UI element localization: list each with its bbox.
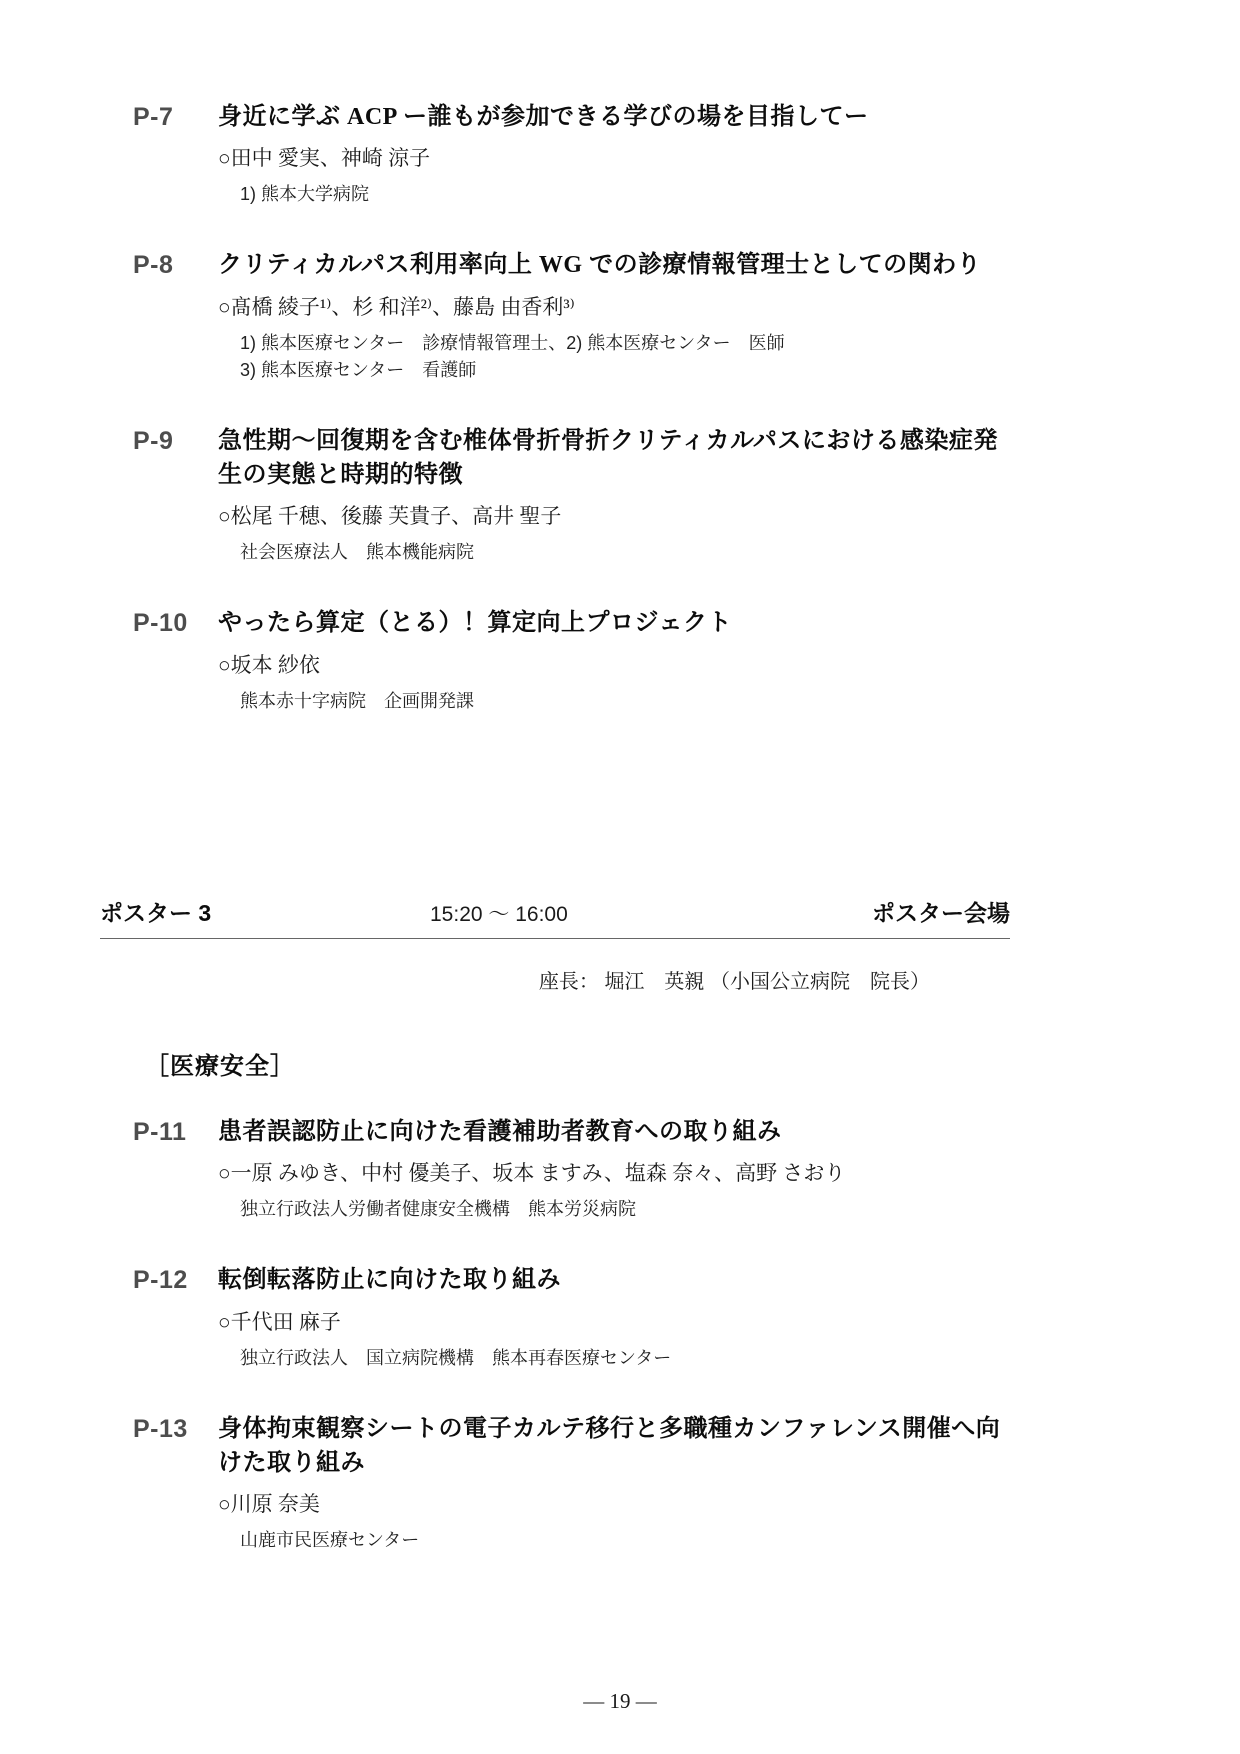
presentation-number: P-9: [133, 424, 218, 567]
category-label: ［医療安全］: [145, 1046, 1240, 1081]
presentation-body: クリティカルパス利用率向上 WG での診療情報管理士としての関わり ○髙橋 綾子…: [218, 248, 1018, 383]
presentation-title: 急性期～回復期を含む椎体骨折骨折クリティカルパスにおける感染症発生の実態と時期的…: [218, 424, 1018, 492]
conference-program-page: P-7 身近に学ぶ ACP ー誰もが参加できる学びの場を目指してー ○田中 愛実…: [0, 0, 1240, 1754]
presentation-title: やったら算定（とる）！算定向上プロジェクト: [218, 606, 1018, 640]
presentation-authors: ○髙橋 綾子¹⁾、杉 和洋²⁾、藤島 由香利³⁾: [218, 293, 1018, 322]
presentation-authors: ○坂本 紗依: [218, 651, 1018, 680]
program-item-p11: P-11 患者誤認防止に向けた看護補助者教育への取り組み ○一原 みゆき、中村 …: [133, 1115, 1240, 1223]
session-title: ポスター 3: [100, 895, 430, 928]
presentation-body: 身近に学ぶ ACP ー誰もが参加できる学びの場を目指してー ○田中 愛実、神崎 …: [218, 100, 1018, 208]
program-item-p7: P-7 身近に学ぶ ACP ー誰もが参加できる学びの場を目指してー ○田中 愛実…: [133, 100, 1240, 208]
program-item-p10: P-10 やったら算定（とる）！算定向上プロジェクト ○坂本 紗依 熊本赤十字病…: [133, 606, 1240, 714]
presentation-affiliations: 1) 熊本医療センター 診療情報管理士、2) 熊本医療センター 医師 3) 熊本…: [240, 330, 1018, 384]
program-item-p8: P-8 クリティカルパス利用率向上 WG での診療情報管理士としての関わり ○髙…: [133, 248, 1240, 383]
presentation-title: 身近に学ぶ ACP ー誰もが参加できる学びの場を目指してー: [218, 100, 1018, 134]
presentation-body: やったら算定（とる）！算定向上プロジェクト ○坂本 紗依 熊本赤十字病院 企画開…: [218, 606, 1018, 714]
affiliation-line: 1) 熊本大学病院: [240, 181, 1018, 208]
presentation-affiliations: 独立行政法人労働者健康安全機構 熊本労災病院: [240, 1196, 1018, 1223]
presentation-title: 身体拘束観察シートの電子カルテ移行と多職種カンファレンス開催へ向けた取り組み: [218, 1412, 1018, 1480]
presentation-affiliations: 1) 熊本大学病院: [240, 181, 1018, 208]
presentation-affiliations: 社会医療法人 熊本機能病院: [240, 539, 1018, 566]
affiliation-line: 独立行政法人 国立病院機構 熊本再春医療センター: [240, 1345, 1018, 1372]
session-header-poster3: ポスター 3 15:20 ～ 16:00 ポスター会場 座長： 堀江 英親 （小…: [100, 895, 1010, 994]
presentation-title: 患者誤認防止に向けた看護補助者教育への取り組み: [218, 1115, 1018, 1149]
presentation-body: 患者誤認防止に向けた看護補助者教育への取り組み ○一原 みゆき、中村 優美子、坂…: [218, 1115, 1018, 1223]
presentation-number: P-7: [133, 100, 218, 208]
presentation-affiliations: 熊本赤十字病院 企画開発課: [240, 688, 1018, 715]
program-item-p12: P-12 転倒転落防止に向けた取り組み ○千代田 麻子 独立行政法人 国立病院機…: [133, 1263, 1240, 1371]
presentation-title: クリティカルパス利用率向上 WG での診療情報管理士としての関わり: [218, 248, 1018, 282]
affiliation-line: 熊本赤十字病院 企画開発課: [240, 688, 1018, 715]
presentation-authors: ○松尾 千穂、後藤 芙貴子、高井 聖子: [218, 502, 1018, 531]
presentation-authors: ○千代田 麻子: [218, 1308, 1018, 1337]
presentation-number: P-12: [133, 1263, 218, 1371]
presentation-number: P-10: [133, 606, 218, 714]
session-time: 15:20 ～ 16:00: [430, 898, 568, 928]
presentation-number: P-11: [133, 1115, 218, 1223]
affiliation-line: 山鹿市民医療センター: [240, 1527, 1018, 1554]
session-chair: 座長： 堀江 英親 （小国公立病院 院長）: [100, 965, 1010, 994]
program-item-p13: P-13 身体拘束観察シートの電子カルテ移行と多職種カンファレンス開催へ向けた取…: [133, 1412, 1240, 1555]
presentation-number: P-13: [133, 1412, 218, 1555]
presentation-affiliations: 独立行政法人 国立病院機構 熊本再春医療センター: [240, 1345, 1018, 1372]
presentation-body: 転倒転落防止に向けた取り組み ○千代田 麻子 独立行政法人 国立病院機構 熊本再…: [218, 1263, 1018, 1371]
presentation-body: 急性期～回復期を含む椎体骨折骨折クリティカルパスにおける感染症発生の実態と時期的…: [218, 424, 1018, 567]
program-item-p9: P-9 急性期～回復期を含む椎体骨折骨折クリティカルパスにおける感染症発生の実態…: [133, 424, 1240, 567]
session-header-row: ポスター 3 15:20 ～ 16:00 ポスター会場: [100, 895, 1010, 939]
page-number: — 19 —: [0, 1689, 1240, 1714]
presentation-title: 転倒転落防止に向けた取り組み: [218, 1263, 1018, 1297]
affiliation-line: 独立行政法人労働者健康安全機構 熊本労災病院: [240, 1196, 1018, 1223]
presentation-authors: ○川原 奈美: [218, 1490, 1018, 1519]
presentation-affiliations: 山鹿市民医療センター: [240, 1527, 1018, 1554]
presentation-authors: ○田中 愛実、神崎 涼子: [218, 144, 1018, 173]
presentation-body: 身体拘束観察シートの電子カルテ移行と多職種カンファレンス開催へ向けた取り組み ○…: [218, 1412, 1018, 1555]
affiliation-line: 3) 熊本医療センター 看護師: [240, 357, 1018, 384]
session-venue: ポスター会場: [872, 895, 1010, 928]
affiliation-line: 社会医療法人 熊本機能病院: [240, 539, 1018, 566]
presentation-authors: ○一原 みゆき、中村 優美子、坂本 ますみ、塩森 奈々、高野 さおり: [218, 1159, 1018, 1188]
presentation-number: P-8: [133, 248, 218, 383]
affiliation-line: 1) 熊本医療センター 診療情報管理士、2) 熊本医療センター 医師: [240, 330, 1018, 357]
